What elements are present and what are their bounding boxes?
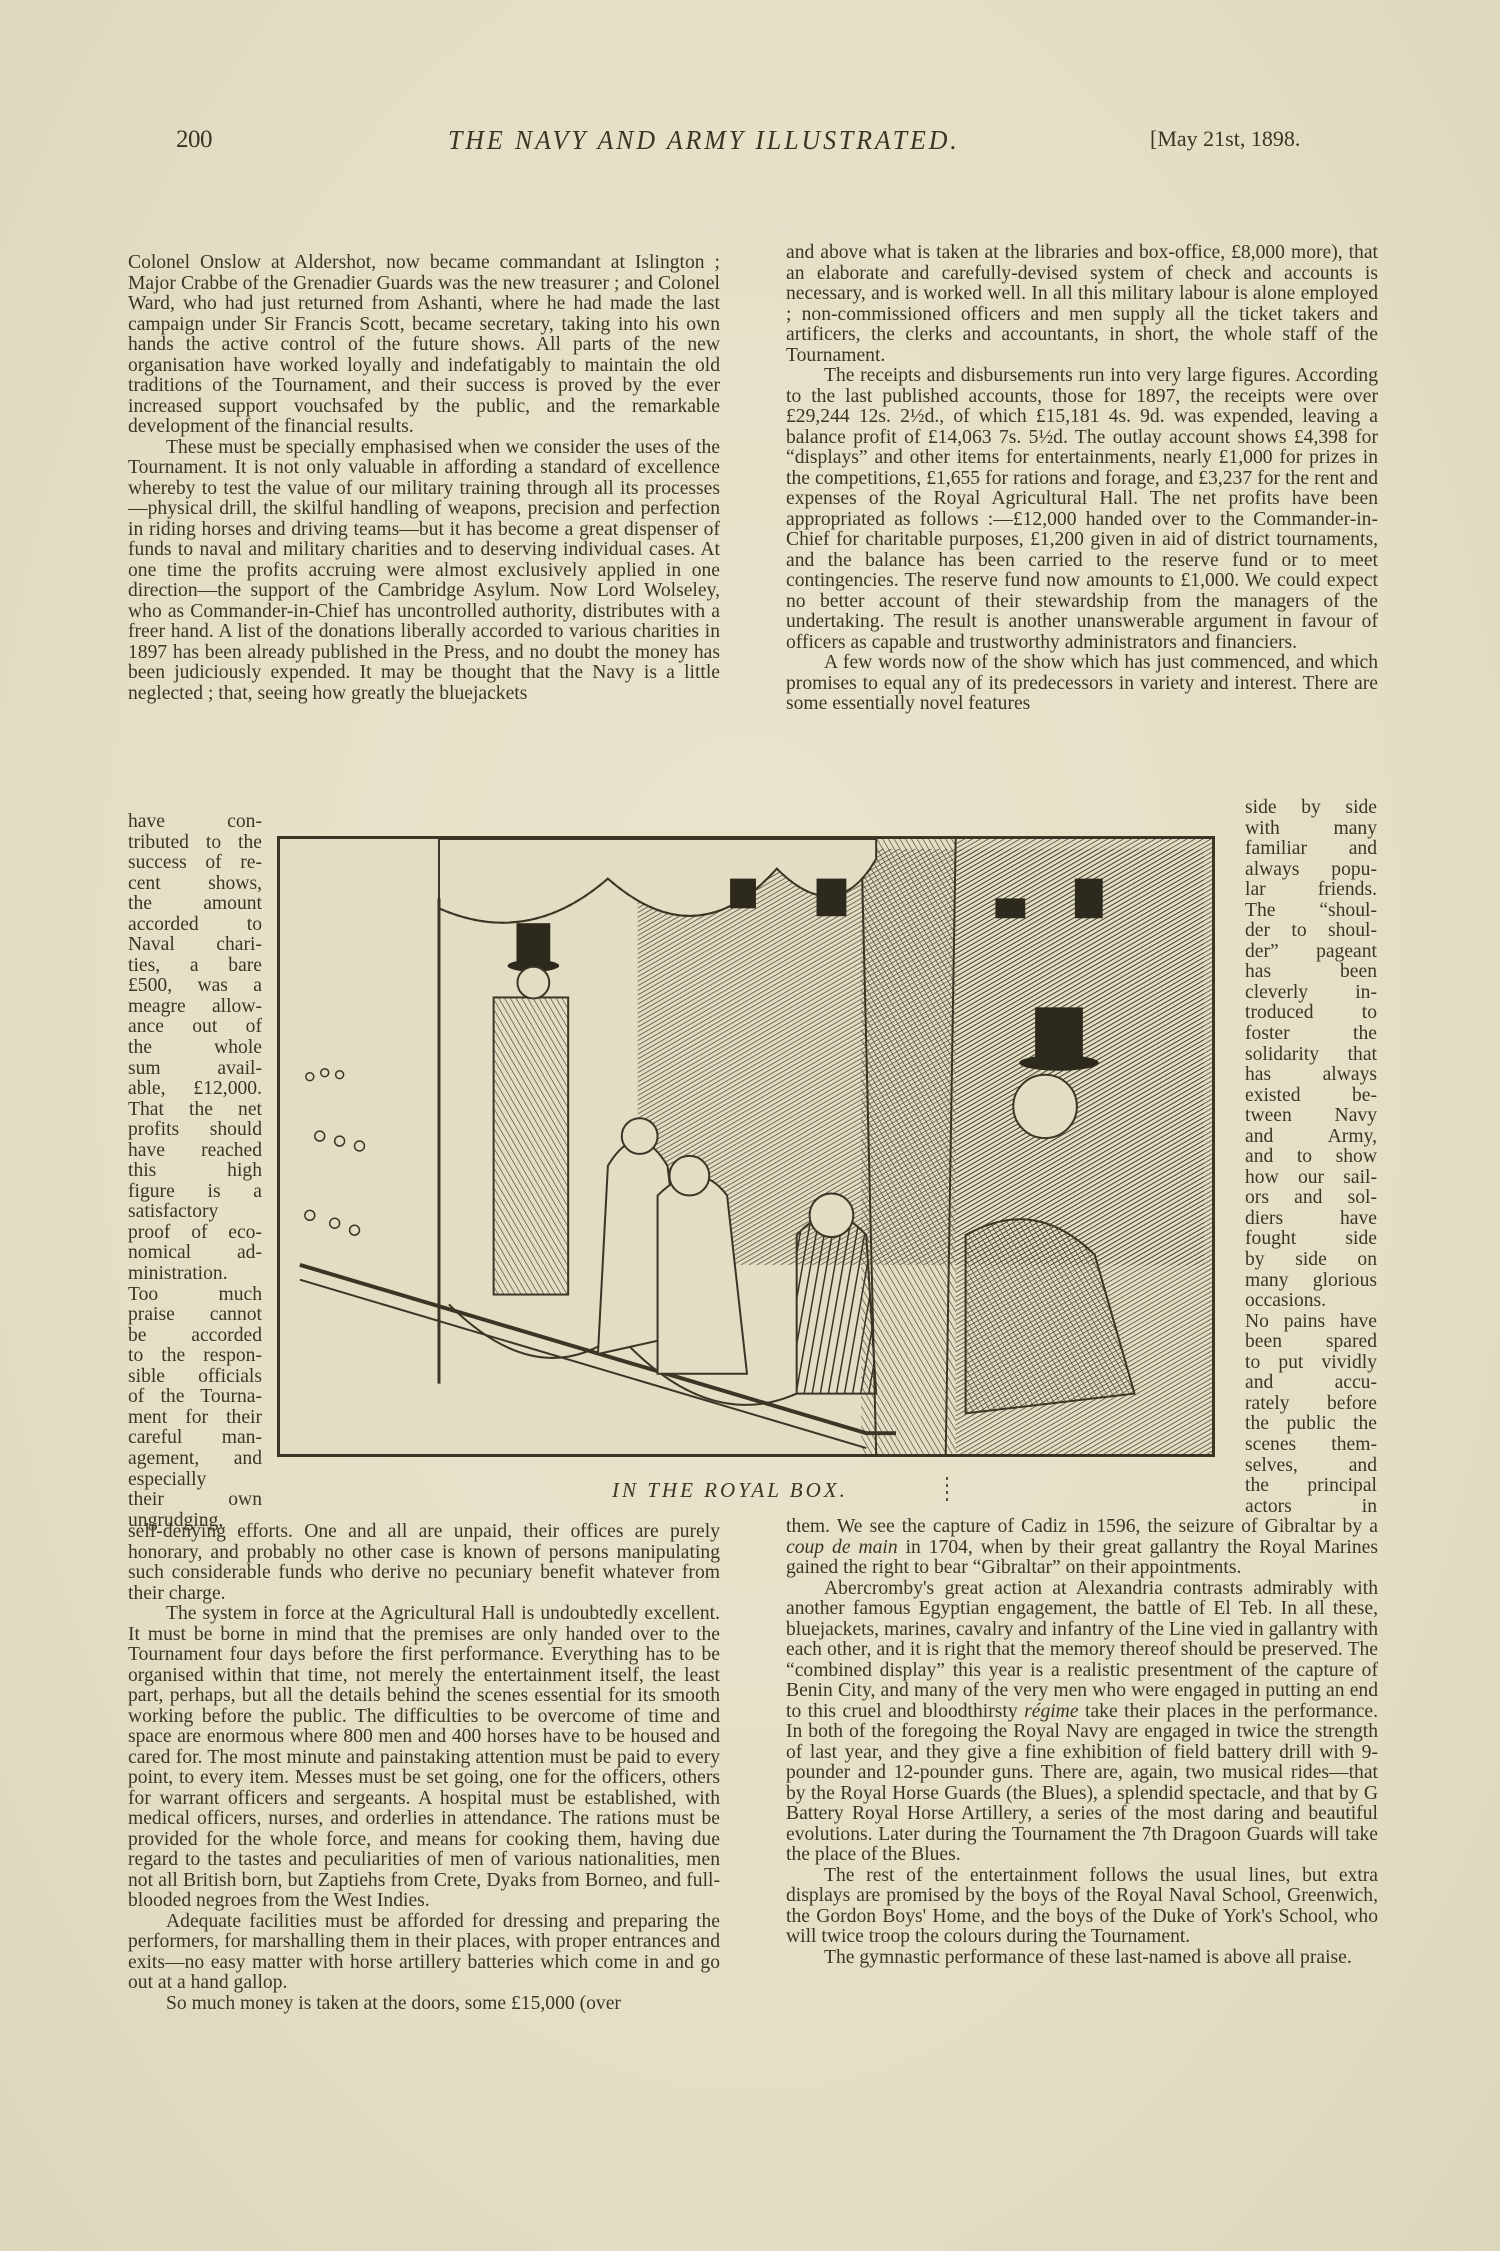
right-narrow-column: side by sidewith manyfamiliar andalways … <box>1245 798 1377 1517</box>
text-line: No pains have <box>1245 1312 1377 1333</box>
text-line: by side on <box>1245 1250 1377 1271</box>
text-line: solidarity that <box>1245 1045 1377 1066</box>
text-line: how our sail- <box>1245 1168 1377 1189</box>
text-line: and accu- <box>1245 1373 1377 1394</box>
right-column-top: and above what is taken at the libraries… <box>786 243 1378 715</box>
text-line: occasions. <box>1245 1291 1377 1312</box>
text-run: take their places in the performance. In… <box>786 1701 1378 1866</box>
text-line: familiar and <box>1245 839 1377 860</box>
text-line: satisfactory <box>128 1202 262 1223</box>
text-line: actors in <box>1245 1497 1377 1518</box>
paragraph: So much money is taken at the doors, som… <box>128 1994 720 2015</box>
text-line: especially <box>128 1470 262 1491</box>
text-line: £500, was a <box>128 976 262 997</box>
text-line: to the respon- <box>128 1346 262 1367</box>
issue-date: [May 21st, 1898. <box>1150 126 1300 152</box>
text-line: with many <box>1245 819 1377 840</box>
paragraph: The receipts and disbursements run into … <box>786 366 1378 653</box>
left-narrow-column: have con-tributed to thesuccess of re-ce… <box>128 812 262 1531</box>
left-column-top: Colonel Onslow at Aldershot, now became … <box>128 253 720 704</box>
text-line: scenes them- <box>1245 1435 1377 1456</box>
page-number: 200 <box>176 126 212 154</box>
text-line: praise cannot <box>128 1305 262 1326</box>
text-line: the amount <box>128 894 262 915</box>
text-line: troduced to <box>1245 1003 1377 1024</box>
text-line: existed be- <box>1245 1086 1377 1107</box>
paragraph: Colonel Onslow at Aldershot, now became … <box>128 253 720 438</box>
text-line: nomical ad- <box>128 1243 262 1264</box>
text-line: der” pageant <box>1245 942 1377 963</box>
text-line: lar friends. <box>1245 880 1377 901</box>
text-line: The “shoul- <box>1245 901 1377 922</box>
text-line: Naval chari- <box>128 935 262 956</box>
text-line: ment for their <box>128 1408 262 1429</box>
royal-box-illustration <box>277 836 1215 1457</box>
page-header: 200 THE NAVY AND ARMY ILLUSTRATED. [May … <box>0 122 1500 162</box>
text-line: foster the <box>1245 1024 1377 1045</box>
text-line: and to show <box>1245 1147 1377 1168</box>
text-line: the principal <box>1245 1476 1377 1497</box>
paragraph: them. We see the capture of Cadiz in 159… <box>786 1517 1378 1579</box>
text-line: be accorded <box>128 1326 262 1347</box>
text-line: the public the <box>1245 1414 1377 1435</box>
text-line: ministration. <box>128 1264 262 1285</box>
text-line: their own <box>128 1490 262 1511</box>
text-line: accorded to <box>128 915 262 936</box>
italic-phrase: régime <box>1024 1701 1078 1722</box>
text-line: has been <box>1245 962 1377 983</box>
text-line: agement, and <box>128 1449 262 1470</box>
paragraph: The gymnastic performance of these last-… <box>786 1948 1378 1969</box>
text-line: sum avail- <box>128 1059 262 1080</box>
text-line: cent shows, <box>128 874 262 895</box>
journal-title: THE NAVY AND ARMY ILLUSTRATED. <box>448 125 960 156</box>
text-line: That the net <box>128 1100 262 1121</box>
text-line: Too much <box>128 1285 262 1306</box>
text-line: ors and sol- <box>1245 1188 1377 1209</box>
left-column-bottom: self-denying efforts. One and all are un… <box>128 1522 720 2014</box>
paragraph: The system in force at the Agricultural … <box>128 1604 720 1912</box>
text-line: ties, a bare <box>128 956 262 977</box>
text-line: success of re- <box>128 853 262 874</box>
figure-caption: IN THE ROYAL BOX. <box>612 1478 848 1503</box>
text-line: sible officials <box>128 1367 262 1388</box>
text-line: side by side <box>1245 798 1377 819</box>
text-line: diers have <box>1245 1209 1377 1230</box>
text-line: proof of eco- <box>128 1223 262 1244</box>
paragraph: Adequate facilities must be afforded for… <box>128 1912 720 1994</box>
paragraph: and above what is taken at the libraries… <box>786 243 1378 366</box>
text-run: them. We see the capture of Cadiz in 159… <box>786 1516 1378 1537</box>
text-line: many glorious <box>1245 1271 1377 1292</box>
text-line: have reached <box>128 1141 262 1162</box>
text-line: selves, and <box>1245 1456 1377 1477</box>
text-line: profits should <box>128 1120 262 1141</box>
text-line: able, £12,000. <box>128 1079 262 1100</box>
text-line: have con- <box>128 812 262 833</box>
text-line: to put vividly <box>1245 1353 1377 1374</box>
text-line: rately before <box>1245 1394 1377 1415</box>
paragraph: self-denying efforts. One and all are un… <box>128 1522 720 1604</box>
paragraph: These must be specially emphasised when … <box>128 438 720 705</box>
text-line: this high <box>128 1161 262 1182</box>
text-line: figure is a <box>128 1182 262 1203</box>
text-line: der to shoul- <box>1245 921 1377 942</box>
right-column-bottom: them. We see the capture of Cadiz in 159… <box>786 1517 1378 1968</box>
text-line: has always <box>1245 1065 1377 1086</box>
engraving-image <box>280 839 1212 1454</box>
italic-phrase: coup de main <box>786 1537 898 1558</box>
column-rule-mark <box>946 1477 948 1503</box>
text-line: careful man- <box>128 1428 262 1449</box>
text-line: the whole <box>128 1038 262 1059</box>
paragraph: A few words now of the show which has ju… <box>786 653 1378 715</box>
paragraph: Abercromby's great action at Alexandria … <box>786 1579 1378 1866</box>
text-line: always popu- <box>1245 860 1377 881</box>
text-line: tween Navy <box>1245 1106 1377 1127</box>
text-line: meagre allow- <box>128 997 262 1018</box>
text-line: cleverly in- <box>1245 983 1377 1004</box>
paragraph: The rest of the entertainment follows th… <box>786 1866 1378 1948</box>
text-line: and Army, <box>1245 1127 1377 1148</box>
text-line: been spared <box>1245 1332 1377 1353</box>
text-line: fought side <box>1245 1229 1377 1250</box>
text-line: ance out of <box>128 1017 262 1038</box>
text-line: tributed to the <box>128 833 262 854</box>
text-line: of the Tourna- <box>128 1387 262 1408</box>
